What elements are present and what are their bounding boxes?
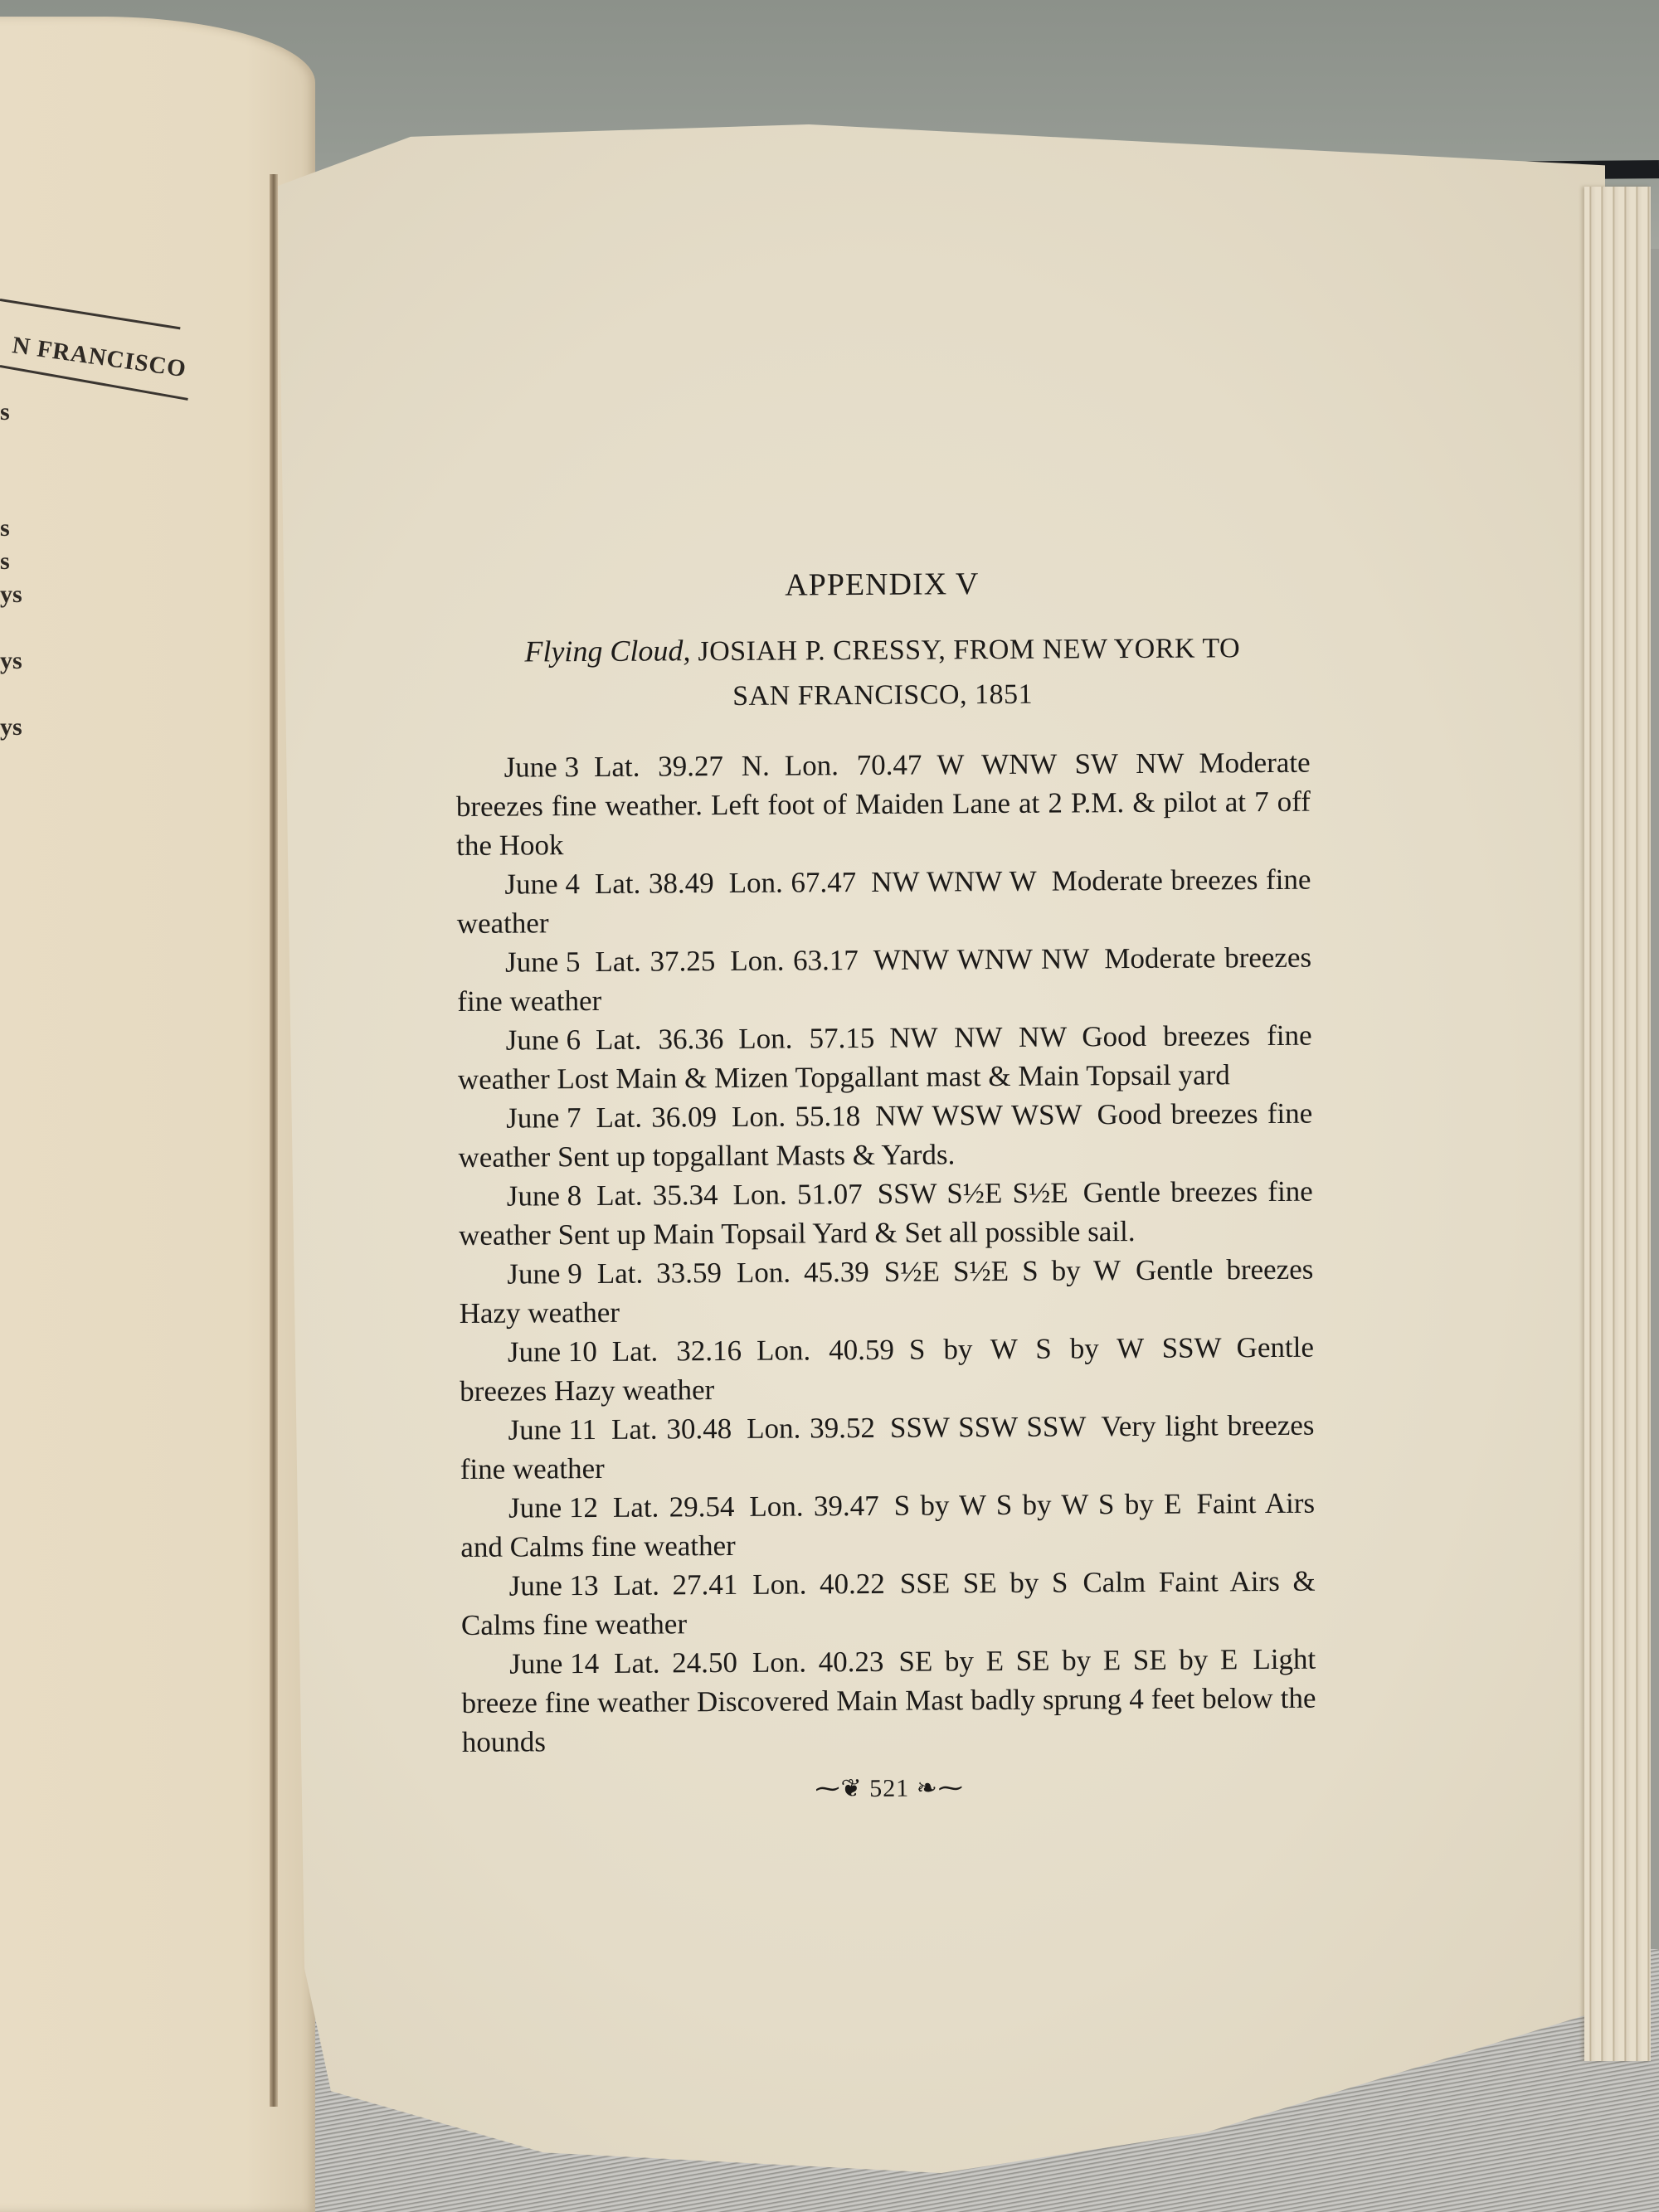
folio-ornament-left: ⁓❦ [815,1775,862,1802]
left-text-fragment: ys [0,713,22,741]
entry-latitude: Lat. 37.25 [595,945,715,978]
appendix-title: APPENDIX V [455,564,1309,605]
entry-winds: S by W S by W S by E [894,1488,1182,1522]
entry-date: June 11 [460,1410,596,1450]
log-entry: June 6Lat. 36.36Lon. 57.15NW NW NWGood b… [457,1016,1312,1099]
page-edges [1584,187,1651,2061]
log-entry: June 7Lat. 36.09Lon. 55.18NW WSW WSWGood… [458,1094,1313,1177]
left-text-fragment: ys [0,647,22,675]
entry-winds: SSE SE by S [900,1567,1068,1600]
entry-date: June 9 [459,1254,582,1294]
left-running-head: N FRANCISCO [11,332,188,383]
left-text-fragment: ys [0,581,22,609]
entry-winds: SE by E SE by E SE by E [898,1643,1238,1677]
entry-longitude: Lon. 51.07 [732,1178,862,1211]
entry-winds: S½E S½E S by W [884,1254,1121,1288]
entry-longitude: Lon. 40.22 [752,1568,885,1601]
entry-longitude: Lon. 40.59 [757,1334,894,1367]
entry-longitude: Lon. 57.15 [738,1022,874,1055]
entry-longitude: Lon. 39.52 [747,1412,875,1445]
ship-name: Flying Cloud, [524,634,690,668]
entry-date: June 3 [455,747,579,787]
entry-latitude: Lat. 32.16 [612,1334,742,1368]
entry-date: June 4 [456,864,580,904]
subtitle-line2: SAN FRANCISCO, 1851 [732,679,1033,712]
log-entry: June 12Lat. 29.54Lon. 39.47S by W S by W… [460,1484,1316,1567]
entry-date: June 12 [460,1488,598,1528]
folio-ornament-right: ❧⁓ [917,1774,964,1801]
running-head-rule-top [0,299,181,329]
entry-latitude: Lat. 30.48 [611,1412,732,1446]
entry-longitude: Lon. 70.47 [785,749,922,782]
log-entry: June 5Lat. 37.25Lon. 63.17WNW WNW NWMode… [457,938,1312,1021]
entry-winds: NW WSW WSW [875,1098,1082,1132]
left-text-fragment: s [0,547,10,576]
entry-longitude: Lon. 39.47 [749,1490,878,1523]
entry-date: June 7 [458,1098,581,1138]
entry-longitude: Lon. 45.39 [737,1256,869,1289]
left-text-fragment: s [0,398,10,426]
entry-winds: NW NW NW [889,1021,1067,1054]
entry-longitude: Lon. 40.23 [752,1646,884,1679]
entry-remarks: Good breezes fine weather Lost Main & Mi… [458,1019,1312,1096]
log-entry: June 3Lat. 39.27 N.Lon. 70.47W WNW SW NW… [455,743,1311,865]
entry-winds: SSW S½E S½E [878,1176,1068,1209]
entry-latitude: Lat. 39.27 N. [594,750,770,783]
entry-longitude: Lon. 67.47 [729,866,857,899]
page-number: ⁓❦ 521 ❧⁓ [462,1772,1316,1806]
entry-date: June 8 [459,1176,582,1216]
log-entry: June 11Lat. 30.48Lon. 39.52SSW SSW SSWVe… [460,1406,1315,1489]
appendix-subtitle: Flying Cloud, JOSIAH P. CRESSY, FROM NEW… [455,625,1311,720]
book-gutter [270,174,278,2107]
entry-winds: S by W S by W SSW [909,1331,1222,1365]
entry-longitude: Lon. 55.18 [732,1100,860,1133]
entry-date: June 14 [461,1644,599,1684]
page-number-value: 521 [869,1775,909,1802]
log-entry: June 4Lat. 38.49Lon. 67.47NW WNW WModera… [456,860,1311,943]
log-entry: June 9Lat. 33.59Lon. 45.39S½E S½E S by W… [459,1250,1314,1333]
subtitle-line1: JOSIAH P. CRESSY, FROM NEW YORK TO [698,633,1240,667]
entry-latitude: Lat. 36.36 [596,1023,724,1056]
appendix-content: APPENDIX V Flying Cloud, JOSIAH P. CRESS… [455,542,1316,1806]
log-entry: June 8Lat. 35.34Lon. 51.07SSW S½E S½EGen… [459,1172,1314,1255]
entry-latitude: Lat. 33.59 [597,1257,722,1290]
left-text-fragment: s [0,514,10,542]
entry-longitude: Lon. 63.17 [730,944,859,977]
entry-latitude: Lat. 38.49 [595,867,714,900]
entry-date: June 5 [457,942,581,982]
entry-date: June 13 [461,1566,599,1606]
entry-winds: NW WNW W [871,865,1037,898]
entry-winds: SSW SSW SSW [890,1410,1087,1443]
entry-date: June 10 [460,1332,597,1372]
entry-latitude: Lat. 24.50 [614,1646,737,1680]
entry-latitude: Lat. 27.41 [613,1568,737,1602]
left-page: N FRANCISCO s s s ys ys ys [0,17,315,2212]
entry-latitude: Lat. 29.54 [613,1490,735,1524]
entry-latitude: Lat. 36.09 [596,1101,717,1134]
log-entries: June 3Lat. 39.27 N.Lon. 70.47W WNW SW NW… [455,743,1316,1762]
log-entry: June 10Lat. 32.16Lon. 40.59S by W S by W… [460,1328,1315,1411]
log-entry: June 13Lat. 27.41Lon. 40.22SSE SE by SCa… [461,1562,1316,1645]
log-entry: June 14Lat. 24.50Lon. 40.23SE by E SE by… [461,1640,1316,1762]
entry-winds: WNW WNW NW [873,942,1090,976]
entry-date: June 6 [457,1020,581,1060]
entry-latitude: Lat. 35.34 [596,1179,718,1212]
entry-winds: W WNW SW NW [937,747,1184,781]
